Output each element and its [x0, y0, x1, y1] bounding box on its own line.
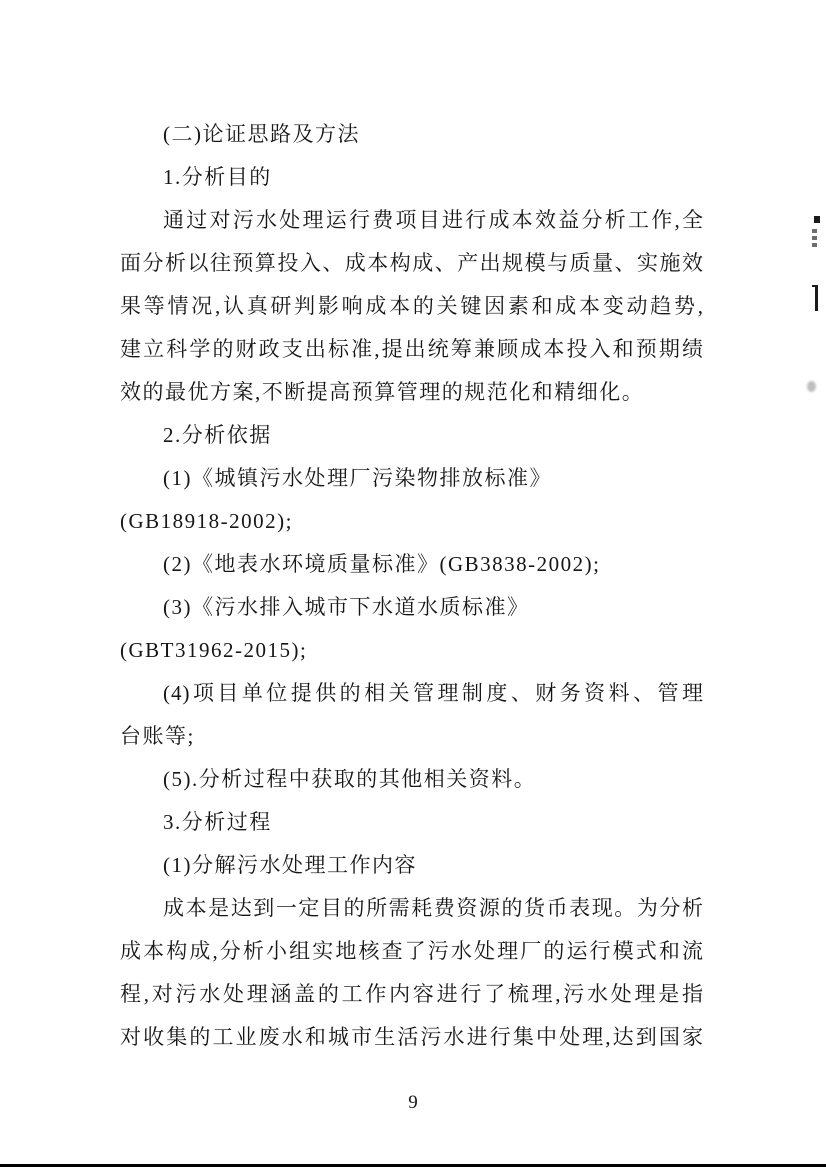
list-item-line: (3)《污水排入城市下水道水质标准》 — [120, 586, 704, 629]
scan-artifact-scribble — [812, 229, 817, 233]
scan-artifact-square — [814, 216, 820, 223]
scan-artifact-scribble — [812, 243, 817, 247]
paragraph-line: 建立科学的财政支出标准,提出统筹兼顾成本投入和预期绩 — [120, 328, 704, 371]
paragraph-line: 通过对污水处理运行费项目进行成本效益分析工作,全 — [120, 199, 704, 242]
document-page: (二)论证思路及方法 1.分析目的 通过对污水处理运行费项目进行成本效益分析工作… — [0, 0, 826, 1169]
list-item-heading: (1)分解污水处理工作内容 — [120, 844, 704, 887]
heading-analysis-purpose: 1.分析目的 — [120, 156, 704, 199]
heading-analysis-process: 3.分析过程 — [120, 801, 704, 844]
paragraph-line: 程,对污水处理涵盖的工作内容进行了梳理,污水处理是指 — [120, 973, 704, 1016]
scan-artifact-scribble — [812, 236, 817, 240]
bottom-rule — [0, 1164, 826, 1167]
list-item-line: (1)《城镇污水处理厂污染物排放标准》 — [120, 457, 704, 500]
list-item-line: 台账等; — [120, 715, 704, 758]
paragraph-line: 面分析以往预算投入、成本构成、产出规模与质量、实施效 — [120, 242, 704, 285]
scan-artifact-smudge — [807, 381, 816, 392]
scan-artifact-bar — [815, 285, 818, 311]
list-item-line: (5).分析过程中获取的其他相关资料。 — [120, 758, 704, 801]
heading-analysis-basis: 2.分析依据 — [120, 414, 704, 457]
paragraph-line: 成本是达到一定目的所需耗费资源的货币表现。为分析 — [120, 887, 704, 930]
page-number: 9 — [0, 1088, 826, 1118]
paragraph-line: 对收集的工业废水和城市生活污水进行集中处理,达到国家 — [120, 1016, 704, 1059]
text-block: (二)论证思路及方法 1.分析目的 通过对污水处理运行费项目进行成本效益分析工作… — [120, 113, 704, 1059]
heading-section-2: (二)论证思路及方法 — [120, 113, 704, 156]
list-item-line: (4)项目单位提供的相关管理制度、财务资料、管理 — [120, 672, 704, 715]
list-item-line: (2)《地表水环境质量标准》(GB3838-2002); — [120, 543, 704, 586]
list-item-line: (GB18918-2002); — [120, 500, 704, 543]
paragraph-line: 果等情况,认真研判影响成本的关键因素和成本变动趋势, — [120, 285, 704, 328]
list-item-line: (GBT31962-2015); — [120, 629, 704, 672]
paragraph-line: 效的最优方案,不断提高预算管理的规范化和精细化。 — [120, 371, 704, 414]
paragraph-line: 成本构成,分析小组实地核查了污水处理厂的运行模式和流 — [120, 930, 704, 973]
